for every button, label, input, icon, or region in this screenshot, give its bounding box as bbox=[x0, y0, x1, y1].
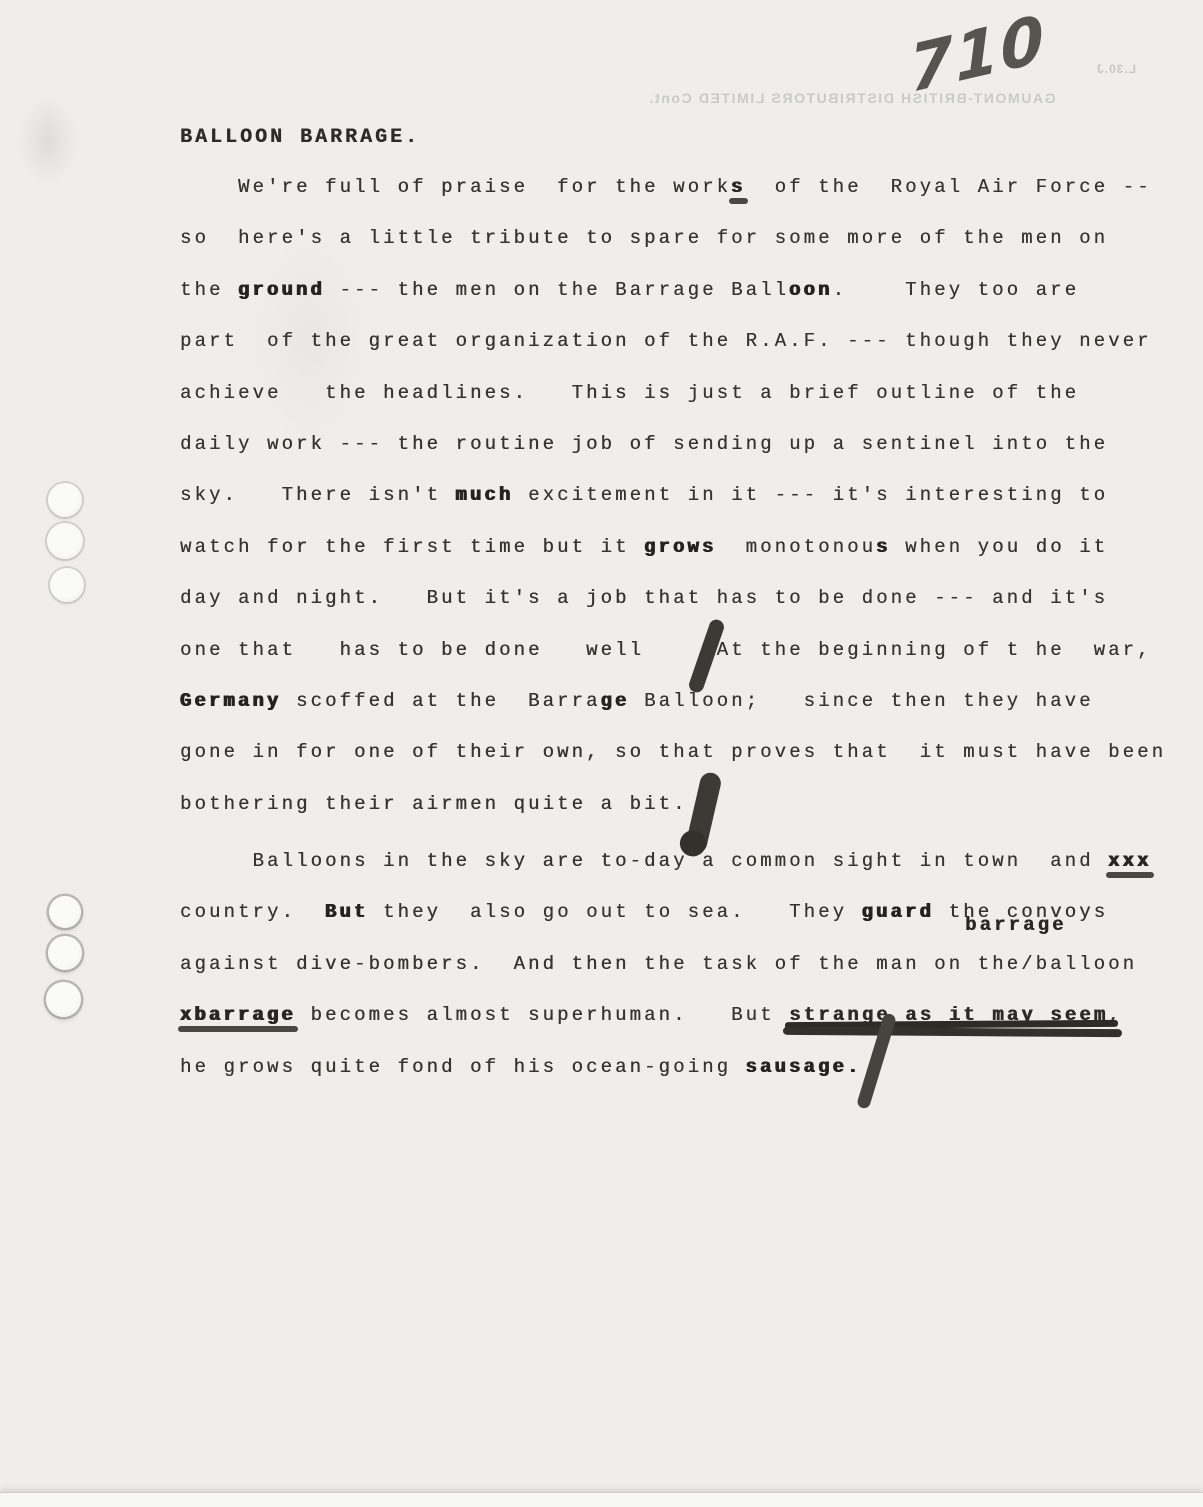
typescript-line: gone in for one of their own, so that pr… bbox=[180, 727, 1190, 778]
overtyped-text: xxx bbox=[1108, 850, 1152, 872]
typescript-text: . They too are bbox=[833, 279, 1080, 301]
punch-hole bbox=[50, 568, 84, 602]
typescript-text: bothering their airmen quite a bit. bbox=[180, 793, 688, 815]
bleedthrough-corner-text: L.30.J bbox=[1096, 62, 1136, 76]
typescript-line: bothering their airmen quite a bit. bbox=[180, 779, 1190, 830]
typescript-line: day and night. But it's a job that has t… bbox=[180, 573, 1190, 624]
typescript-text: sky. There isn't bbox=[180, 484, 456, 506]
typescript-line: xbarrage becomes almost superhuman. But … bbox=[180, 990, 1190, 1041]
typescript-line: We're full of praise for the works of th… bbox=[180, 162, 1190, 213]
typescript-text: scoffed at the Barra bbox=[282, 690, 601, 712]
typescript-text: oon bbox=[789, 279, 833, 301]
typescript-line: part of the great organization of the R.… bbox=[180, 316, 1190, 367]
typescript-text: gone in for one of their own, so that pr… bbox=[180, 741, 1166, 763]
typescript-text: excitement in it --- it's interesting to bbox=[514, 484, 1109, 506]
punch-hole bbox=[47, 523, 83, 559]
typescript-text: watch for the first time but it bbox=[180, 536, 644, 558]
typescript-line: Germany scoffed at the Barrage Balloon; … bbox=[180, 676, 1190, 727]
interline-insertion: barrage bbox=[965, 914, 1067, 936]
typescript-line: so here's a little tribute to spare for … bbox=[180, 213, 1190, 264]
typescript-text: ge bbox=[601, 690, 630, 712]
crossed-out-text: strange as it may seem bbox=[789, 1004, 1108, 1026]
typescript-text: monotonou bbox=[717, 536, 877, 558]
overtyped-text: xbarrage bbox=[180, 1004, 296, 1026]
typescript-text: Balloon; since then they have bbox=[630, 690, 1094, 712]
typescript-text: day and night. But it's a job that has t… bbox=[180, 587, 1108, 609]
typescript-text: he grows quite fond of his ocean-going bbox=[180, 1056, 746, 1078]
typescript-text: much bbox=[456, 484, 514, 506]
overtyped-text: s bbox=[731, 176, 746, 198]
typescript-text: part of the great organization of the R.… bbox=[180, 330, 1152, 352]
punch-hole bbox=[48, 936, 82, 970]
typescript-text: But bbox=[325, 901, 369, 923]
bleedthrough-letterhead-text: GAUMONT-BRITISH DISTRIBUTORS LIMITED Con… bbox=[648, 90, 1056, 106]
typescript-line: he grows quite fond of his ocean-going s… bbox=[180, 1042, 1190, 1093]
typescript-text: one that has to be done well bbox=[180, 639, 644, 661]
typescript-text: We're full of praise for the work bbox=[180, 176, 731, 198]
typescript-text: Germany bbox=[180, 690, 282, 712]
typescript-text: --- the men on the Barrage Ball bbox=[325, 279, 789, 301]
typescript-line: watch for the first time but it grows mo… bbox=[180, 522, 1190, 573]
typescript-line: against dive-bombers. And then the task … bbox=[180, 939, 1190, 990]
typescript-text: Balloons in the sky are to-day a common … bbox=[180, 850, 1108, 872]
document-title: BALLOON BARRAGE. bbox=[180, 126, 420, 149]
typescript-text: when you do it bbox=[891, 536, 1109, 558]
paper-smudge bbox=[18, 96, 78, 186]
typescript-text: of the Royal Air Force -- bbox=[746, 176, 1152, 198]
typescript-text: grows bbox=[644, 536, 717, 558]
punch-hole bbox=[48, 483, 82, 517]
typescript-line: achieve the headlines. This is just a br… bbox=[180, 368, 1190, 419]
typescript-line: sky. There isn't much excitement in it -… bbox=[180, 470, 1190, 521]
typescript-text: ground bbox=[238, 279, 325, 301]
scanned-paper: GAUMONT-BRITISH DISTRIBUTORS LIMITED Con… bbox=[0, 0, 1203, 1507]
typescript-text: sausage. bbox=[746, 1056, 862, 1078]
typescript-text: At the beginning of t he war, bbox=[644, 639, 1152, 661]
typescript-text: the bbox=[180, 279, 238, 301]
typescript-text: daily work --- the routine job of sendin… bbox=[180, 433, 1108, 455]
typescript-text: they also go out to sea. They bbox=[369, 901, 862, 923]
typescript-body: We're full of praise for the works of th… bbox=[180, 162, 1190, 1093]
typescript-text: guard bbox=[862, 901, 935, 923]
typescript-text: country. bbox=[180, 901, 325, 923]
paper-bottom-edge bbox=[0, 1492, 1203, 1507]
punch-hole bbox=[49, 896, 81, 928]
typescript-text: so here's a little tribute to spare for … bbox=[180, 227, 1108, 249]
typescript-line: the ground --- the men on the Barrage Ba… bbox=[180, 265, 1190, 316]
typescript-text: against dive-bombers. And then the task … bbox=[180, 953, 1137, 975]
typescript-text: becomes almost superhuman. But bbox=[296, 1004, 789, 1026]
typescript-line: daily work --- the routine job of sendin… bbox=[180, 419, 1190, 470]
punch-hole bbox=[46, 982, 81, 1017]
typescript-text: s bbox=[876, 536, 891, 558]
typescript-text: achieve the headlines. This is just a br… bbox=[180, 382, 1079, 404]
typescript-line: one that has to be done well At the begi… bbox=[180, 625, 1190, 676]
